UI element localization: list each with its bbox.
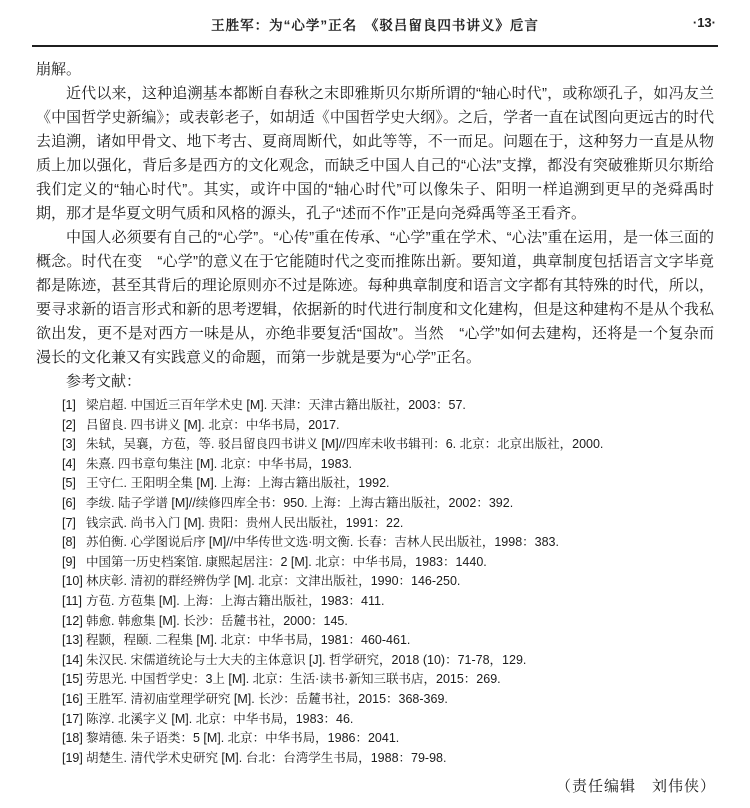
reference-label: [12] [62,612,86,632]
reference-label: [9] [62,553,86,573]
reference-item: [2]吕留良. 四书讲义 [M]. 北京：中华书局，2017. [62,416,722,436]
reference-item: [9]中国第一历史档案馆. 康熙起居注：2 [M]. 北京：中华书局，1983：… [62,553,722,573]
reference-text: 陈淳. 北溪字义 [M]. 北京：中华书局，1983：46. [86,712,353,726]
reference-text: 方苞. 方苞集 [M]. 上海：上海古籍出版社，1983：411. [86,594,384,608]
reference-text: 梁启超. 中国近三百年学术史 [M]. 天津：天津古籍出版社，2003：57. [86,398,466,412]
reference-label: [19] [62,749,86,769]
reference-label: [16] [62,690,86,710]
references-list: [1]梁启超. 中国近三百年学术史 [M]. 天津：天津古籍出版社，2003：5… [62,396,722,768]
running-title: 王胜军：为“心学”正名 《驳吕留良四书讲义》卮言 [0,14,750,34]
reference-text: 劳思光. 中国哲学史：3上 [M]. 北京：生活·读书·新知三联书店，2015：… [86,672,501,686]
reference-item: [17]陈淳. 北溪字义 [M]. 北京：中华书局，1983：46. [62,710,722,730]
reference-text: 吕留良. 四书讲义 [M]. 北京：中华书局，2017. [86,418,340,432]
reference-text: 黎靖德. 朱子语类：5 [M]. 北京：中华书局，1986：2041. [86,731,399,745]
reference-label: [18] [62,729,86,749]
editor-note: （责任编辑 刘伟侠） [0,775,716,796]
reference-item: [8]苏伯衡. 心学图说后序 [M]//中华传世文选·明文衡. 长春：吉林人民出… [62,533,722,553]
reference-item: [1]梁启超. 中国近三百年学术史 [M]. 天津：天津古籍出版社，2003：5… [62,396,722,416]
reference-text: 林庆彰. 清初的群经辨伪学 [M]. 北京：文津出版社，1990：146-250… [86,574,460,588]
reference-label: [6] [62,494,86,514]
reference-label: [5] [62,474,86,494]
reference-label: [2] [62,416,86,436]
reference-text: 中国第一历史档案馆. 康熙起居注：2 [M]. 北京：中华书局，1983：144… [86,555,487,569]
reference-item: [19]胡楚生. 清代学术史研究 [M]. 台北：台湾学生书局，1988：79-… [62,749,722,769]
reference-item: [11]方苞. 方苞集 [M]. 上海：上海古籍出版社，1983：411. [62,592,722,612]
reference-text: 朱熹. 四书章句集注 [M]. 北京：中华书局，1983. [86,457,352,471]
reference-text: 王胜军. 清初庙堂理学研究 [M]. 长沙：岳麓书社，2015：368-369. [86,692,448,706]
reference-label: [14] [62,651,86,671]
body-paragraph: 近代以来，这种追溯基本都断自春秋之末即雅斯贝尔斯所谓的“轴心时代”，或称颂孔子，… [36,82,714,226]
page-number: ·13· [693,15,716,30]
reference-label: [3] [62,435,86,455]
body-paragraph: 中国人必须要有自己的“心学”。“心传”重在传承、“心学”重在学术、“心法”重在运… [36,226,714,370]
reference-text: 钱宗武. 尚书入门 [M]. 贵阳：贵州人民出版社，1991：22. [86,516,403,530]
reference-item: [12]韩愈. 韩愈集 [M]. 长沙：岳麓书社，2000：145. [62,612,722,632]
reference-text: 苏伯衡. 心学图说后序 [M]//中华传世文选·明文衡. 长春：吉林人民出版社，… [86,535,559,549]
reference-text: 胡楚生. 清代学术史研究 [M]. 台北：台湾学生书局，1988：79-98. [86,751,446,765]
reference-item: [13]程颢，程颐. 二程集 [M]. 北京：中华书局，1981：460-461… [62,631,722,651]
reference-label: [1] [62,396,86,416]
body-paragraph: 崩解。 [36,58,714,82]
reference-item: [15]劳思光. 中国哲学史：3上 [M]. 北京：生活·读书·新知三联书店，2… [62,670,722,690]
reference-text: 李绂. 陆子学谱 [M]//续修四库全书：950. 上海：上海古籍出版社，200… [86,496,513,510]
reference-text: 王守仁. 王阳明全集 [M]. 上海：上海古籍出版社，1992. [86,476,390,490]
reference-item: [18]黎靖德. 朱子语类：5 [M]. 北京：中华书局，1986：2041. [62,729,722,749]
reference-label: [8] [62,533,86,553]
article-body: 崩解。 近代以来，这种追溯基本都断自春秋之末即雅斯贝尔斯所谓的“轴心时代”，或称… [36,58,714,394]
reference-label: [4] [62,455,86,475]
reference-item: [3]朱轼，吴襄，方苞，等. 驳吕留良四书讲义 [M]//四库未收书辑刊：6. … [62,435,722,455]
reference-label: [13] [62,631,86,651]
reference-item: [5]王守仁. 王阳明全集 [M]. 上海：上海古籍出版社，1992. [62,474,722,494]
reference-item: [10]林庆彰. 清初的群经辨伪学 [M]. 北京：文津出版社，1990：146… [62,572,722,592]
reference-label: [7] [62,514,86,534]
reference-label: [15] [62,670,86,690]
reference-text: 韩愈. 韩愈集 [M]. 长沙：岳麓书社，2000：145. [86,614,348,628]
reference-label: [17] [62,710,86,730]
reference-text: 朱汉民. 宋儒道统论与士大夫的主体意识 [J]. 哲学研究，2018 (10)：… [86,653,526,667]
reference-label: [11] [62,592,86,612]
journal-page: 王胜军：为“心学”正名 《驳吕留良四书讲义》卮言 ·13· 崩解。 近代以来，这… [0,0,750,808]
header-rule [32,45,718,47]
reference-item: [6]李绂. 陆子学谱 [M]//续修四库全书：950. 上海：上海古籍出版社，… [62,494,722,514]
reference-item: [14]朱汉民. 宋儒道统论与士大夫的主体意识 [J]. 哲学研究，2018 (… [62,651,722,671]
reference-item: [16]王胜军. 清初庙堂理学研究 [M]. 长沙：岳麓书社，2015：368-… [62,690,722,710]
reference-text: 程颢，程颐. 二程集 [M]. 北京：中华书局，1981：460-461. [86,633,410,647]
page-header: 王胜军：为“心学”正名 《驳吕留良四书讲义》卮言 ·13· [0,0,750,40]
reference-item: [7]钱宗武. 尚书入门 [M]. 贵阳：贵州人民出版社，1991：22. [62,514,722,534]
reference-item: [4]朱熹. 四书章句集注 [M]. 北京：中华书局，1983. [62,455,722,475]
reference-text: 朱轼，吴襄，方苞，等. 驳吕留良四书讲义 [M]//四库未收书辑刊：6. 北京：… [86,437,603,451]
reference-label: [10] [62,572,86,592]
references-heading: 参考文献： [36,370,714,394]
